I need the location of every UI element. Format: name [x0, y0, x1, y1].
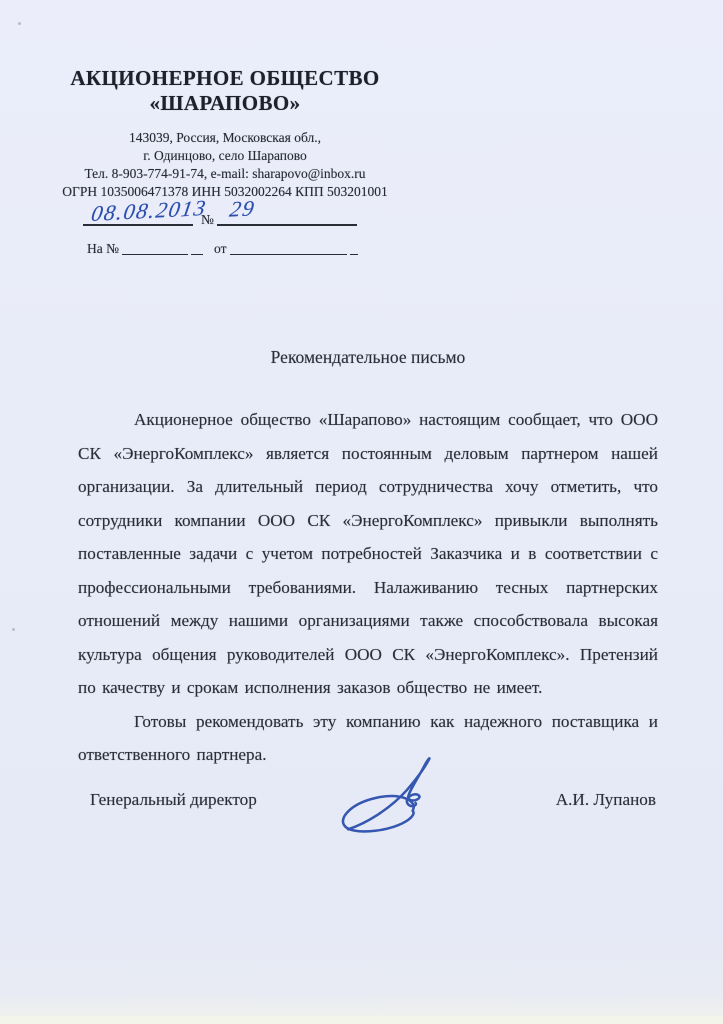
scanned-letter-page: АКЦИОНЕРНОЕ ОБЩЕСТВО «ШАРАПОВО» 143039, …: [0, 0, 723, 1024]
on-number-underline-tail: [191, 254, 203, 255]
number-underline: [217, 224, 357, 226]
on-number-underline: [122, 254, 188, 255]
body-paragraph-1: Акционерное общество «Шарапово» настоящи…: [78, 403, 658, 705]
scan-speck: [12, 628, 15, 631]
date-underline: [83, 224, 193, 226]
from-label: от: [214, 241, 226, 257]
signature-icon: [330, 755, 462, 843]
handwritten-number: 29: [228, 195, 257, 222]
signer-name: А.И. Лупанов: [556, 790, 656, 810]
letter-body: Акционерное общество «Шарапово» настоящи…: [78, 403, 658, 772]
number-sign: №: [201, 212, 214, 228]
letter-title: Рекомендательное письмо: [78, 347, 658, 368]
signer-position: Генеральный директор: [90, 790, 257, 810]
from-underline-tail: [350, 254, 358, 255]
from-underline: [230, 254, 347, 255]
scan-speck: [18, 22, 21, 25]
reference-block: 08.08.2013 № 29 На № от: [0, 0, 723, 280]
scan-edge-strip: [0, 1016, 723, 1024]
handwritten-date: 08.08.2013: [89, 195, 208, 227]
on-number-label: На №: [87, 241, 119, 257]
